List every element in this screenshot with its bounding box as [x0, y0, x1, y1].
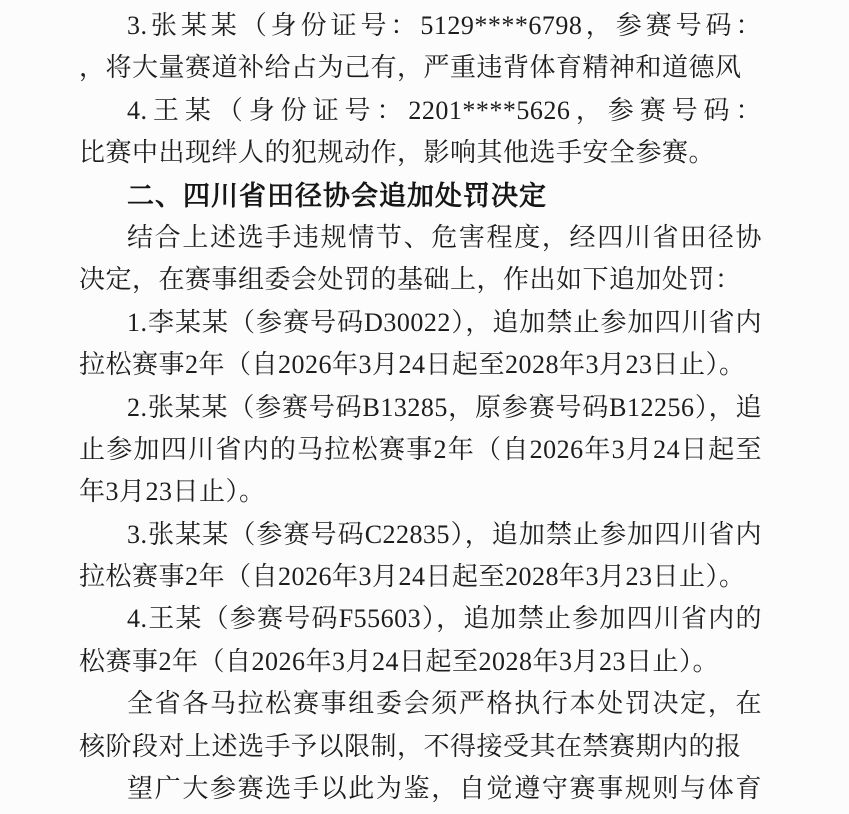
text-line: 1.李某某（参赛号码D30022），追加禁止参加四川省内的马	[79, 302, 762, 344]
text-line: 全省各马拉松赛事组委会须严格执行本处罚决定，在报名审	[79, 683, 762, 725]
text-line: 年3月23日止）。	[79, 471, 762, 513]
section-heading: 二、四川省田径协会追加处罚决定	[79, 175, 762, 217]
text-line: 3.张某某（参赛号码C22835），追加禁止参加四川省内的马	[79, 514, 762, 556]
text-line: 拉松赛事2年（自2026年3月24日起至2028年3月23日止）。	[79, 556, 762, 598]
text-line: ，将大量赛道补给占为己有，严重违背体育精神和道德风尚。	[79, 47, 762, 89]
text-line: 决定，在赛事组委会处罚的基础上，作出如下追加处罚：	[79, 259, 762, 301]
text-line: 4.王某（参赛号码F55603），追加禁止参加四川省内的马拉	[79, 598, 762, 640]
text-line: 3.张某某（身份证号：5129****6798，参赛号码：C22835）	[79, 5, 762, 47]
text-line: 核阶段对上述选手予以限制，不得接受其在禁赛期内的报名申请。	[79, 726, 762, 768]
document-text-block: 3.张某某（身份证号：5129****6798，参赛号码：C22835） ，将大…	[79, 5, 762, 810]
text-line: 结合上述选手违规情节、危害程度，经四川省田径协会研究	[79, 217, 762, 259]
text-line: 止参加四川省内的马拉松赛事2年（自2026年3月24日起至2028	[79, 429, 762, 471]
text-line: 拉松赛事2年（自2026年3月24日起至2028年3月23日止）。	[79, 344, 762, 386]
text-line: 比赛中出现绊人的犯规动作，影响其他选手安全参赛。	[79, 132, 762, 174]
text-line: 望广大参赛选手以此为鉴，自觉遵守赛事规则与体育道德，	[79, 768, 762, 810]
text-line: 4.王某（身份证号：2201****5626，参赛号码：F55603），	[79, 90, 762, 132]
scanned-document-page: { "colors": { "page_background": "#fcfcf…	[0, 0, 849, 814]
text-line: 2.张某某（参赛号码B13285，原参赛号码B12256），追加禁	[79, 387, 762, 429]
text-line: 松赛事2年（自2026年3月24日起至2028年3月23日止）。	[79, 641, 762, 683]
